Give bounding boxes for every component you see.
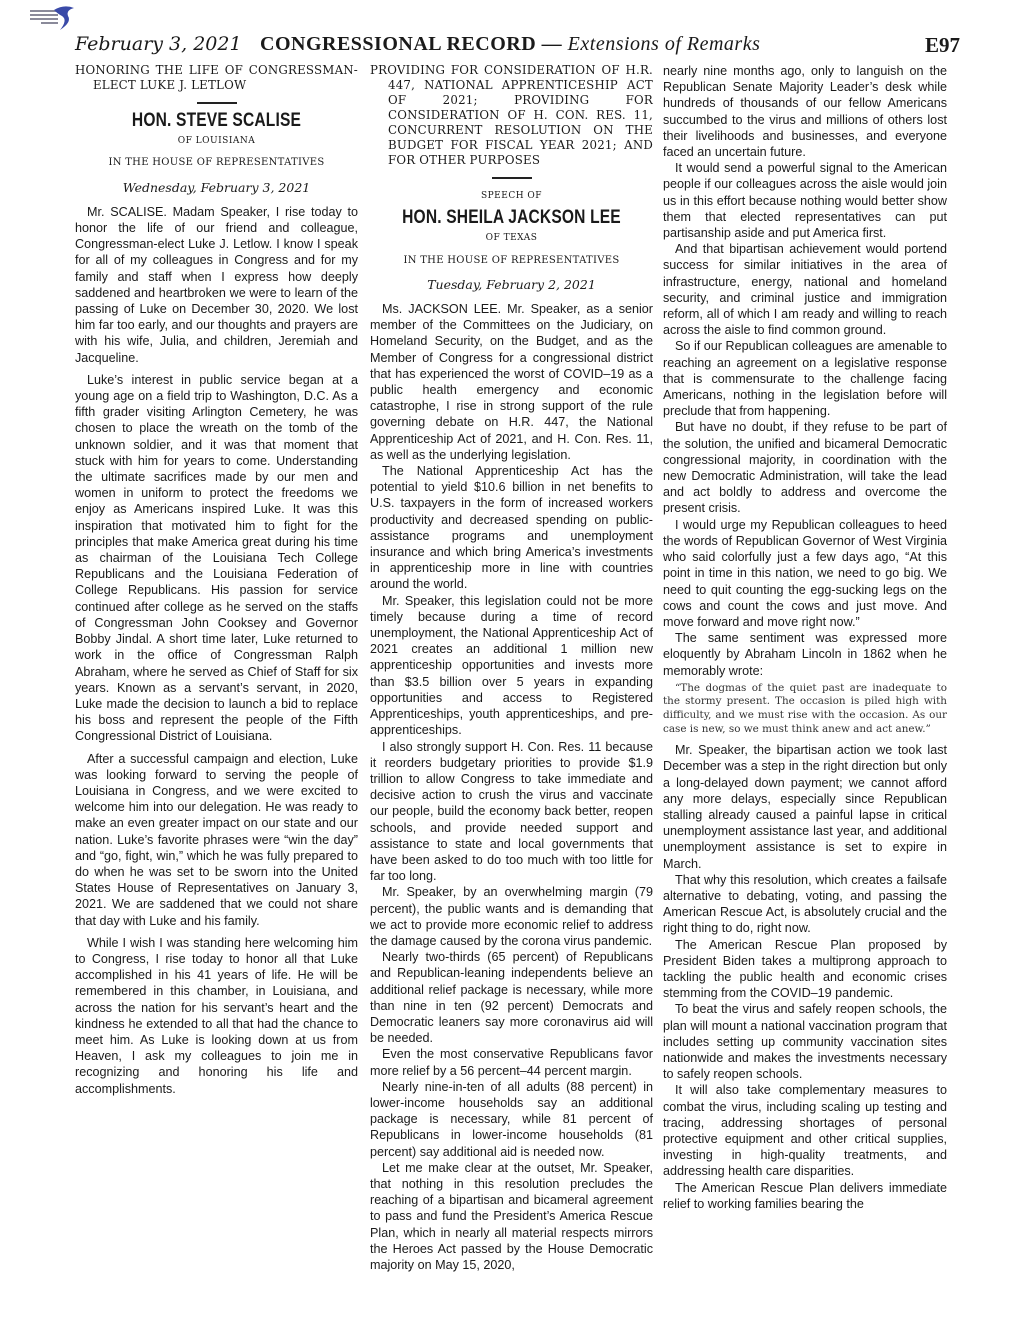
header-publication: CONGRESSIONAL RECORD — Extensions of Rem… <box>260 33 760 56</box>
header-date: February 3, 2021 <box>75 33 242 55</box>
paragraph: But have no doubt, if they refuse to be … <box>663 419 947 516</box>
paragraph: Even the most conservative Republicans f… <box>370 1046 653 1078</box>
column-2: PROVIDING FOR CONSIDERATION OF H.R. 447,… <box>370 63 653 1273</box>
member-name: HON. STEVE SCALISE <box>100 113 332 129</box>
paragraph: The American Rescue Plan delivers immedi… <box>663 1180 947 1212</box>
paragraph: I also strongly support H. Con. Res. 11 … <box>370 739 653 885</box>
paragraph: Mr. Speaker, this legislation could not … <box>370 593 653 739</box>
paragraph: Nearly nine-in-ten of all adults (88 per… <box>370 1079 653 1160</box>
paragraph: Let me make clear at the outset, Mr. Spe… <box>370 1160 653 1273</box>
lincoln-quote: “The dogmas of the quiet past are inadeq… <box>663 682 947 736</box>
gpo-authenticated-logo <box>30 4 78 32</box>
paragraph: That why this resolution, which creates … <box>663 872 947 937</box>
paragraph: Mr. SCALISE. Madam Speaker, I rise today… <box>75 204 358 366</box>
speech-date: Tuesday, February 2, 2021 <box>370 277 653 293</box>
page-header: February 3, 2021 CONGRESSIONAL RECORD — … <box>75 33 960 63</box>
section-name: Extensions of Remarks <box>568 33 761 55</box>
paragraph: After a successful campaign and election… <box>75 751 358 929</box>
paragraph: While I wish I was standing here welcomi… <box>75 935 358 1097</box>
speech-date: Wednesday, February 3, 2021 <box>75 180 358 196</box>
paragraph: I would urge my Republican colleagues to… <box>663 517 947 630</box>
speech-of-label: SPEECH OF <box>370 188 653 204</box>
article-title: HONORING THE LIFE OF CONGRESSMAN-ELECT L… <box>75 63 358 93</box>
paragraph: And that bipartisan achievement would po… <box>663 241 947 338</box>
paragraph: Mr. Speaker, the bipartisan action we to… <box>663 742 947 872</box>
publication-name: CONGRESSIONAL RECORD <box>260 33 536 55</box>
chamber: IN THE HOUSE OF REPRESENTATIVES <box>370 253 653 269</box>
divider <box>492 177 532 179</box>
paragraph: The same sentiment was expressed more el… <box>663 630 947 679</box>
column-1: HONORING THE LIFE OF CONGRESSMAN-ELECT L… <box>75 63 358 1103</box>
page-number: E97 <box>925 33 960 58</box>
member-state: OF LOUISIANA <box>75 133 358 149</box>
paragraph: To beat the virus and safely reopen scho… <box>663 1001 947 1082</box>
paragraph: It would send a powerful signal to the A… <box>663 160 947 241</box>
paragraph: Ms. JACKSON LEE. Mr. Speaker, as a senio… <box>370 301 653 463</box>
divider <box>197 102 237 104</box>
article-title: PROVIDING FOR CONSIDERATION OF H.R. 447,… <box>370 63 653 168</box>
paragraph: It will also take complementary measures… <box>663 1082 947 1179</box>
paragraph: nearly nine months ago, only to languish… <box>663 63 947 160</box>
member-name: HON. SHEILA JACKSON LEE <box>395 210 627 226</box>
paragraph: Luke’s interest in public service began … <box>75 372 358 745</box>
column-3: nearly nine months ago, only to languish… <box>663 63 947 1212</box>
member-state: OF TEXAS <box>370 230 653 246</box>
paragraph: The American Rescue Plan proposed by Pre… <box>663 937 947 1002</box>
paragraph: Mr. Speaker, by an overwhelming margin (… <box>370 884 653 949</box>
paragraph: Nearly two-thirds (65 percent) of Republ… <box>370 949 653 1046</box>
eagle-icon <box>52 4 78 32</box>
chamber: IN THE HOUSE OF REPRESENTATIVES <box>75 155 358 171</box>
paragraph: The National Apprenticeship Act has the … <box>370 463 653 593</box>
paragraph: So if our Republican colleagues are amen… <box>663 338 947 419</box>
